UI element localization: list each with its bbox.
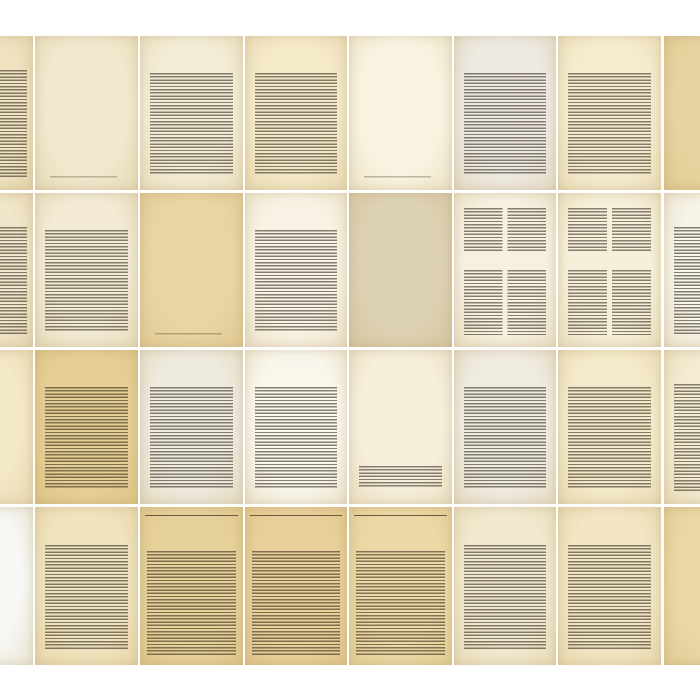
document-page-r3-c4 (349, 507, 452, 665)
document-page-r2-c6 (558, 350, 661, 504)
body-text (0, 70, 27, 178)
journal-masthead (354, 513, 447, 516)
document-page-r1-c4 (349, 193, 452, 347)
document-page-r3-c0 (0, 507, 33, 665)
document-page-r3-c1 (35, 507, 138, 665)
body-text (674, 384, 700, 492)
document-page-r1-c7 (664, 193, 700, 347)
document-page-r2-c4 (349, 350, 452, 504)
document-page-r2-c0 (0, 350, 33, 504)
document-page-r2-c7 (664, 350, 700, 504)
document-page-r0-c2 (140, 36, 243, 190)
body-text (464, 545, 546, 649)
document-page-r1-c2 (140, 193, 243, 347)
document-page-r2-c3 (245, 350, 347, 504)
document-page-r0-c6 (558, 36, 661, 190)
document-page-r0-c1 (35, 36, 138, 190)
document-page-r1-c5 (454, 193, 556, 347)
body-text (568, 387, 650, 489)
body-text (568, 545, 650, 649)
document-page-r3-c7 (664, 507, 700, 665)
document-page-r2-c5 (454, 350, 556, 504)
document-page-r1-c6 (558, 193, 661, 347)
footer-line (364, 176, 431, 178)
body-text (150, 387, 232, 489)
document-page-r3-c5 (454, 507, 556, 665)
body-text (255, 230, 337, 332)
body-text (356, 551, 445, 655)
document-page-r0-c3 (245, 36, 347, 190)
body-text-top (464, 208, 546, 251)
body-text-top (568, 208, 650, 251)
body-text (674, 227, 700, 335)
body-text-bottom (464, 270, 546, 335)
footer-line (155, 333, 222, 335)
body-text (147, 551, 236, 655)
document-page-r1-c1 (35, 193, 138, 347)
footer-line (50, 176, 117, 178)
document-page-r2-c1 (35, 350, 138, 504)
document-page-r1-c0 (0, 193, 33, 347)
document-page-r0-c5 (454, 36, 556, 190)
body-text (45, 387, 127, 489)
document-page-r3-c3 (245, 507, 347, 665)
document-grid (0, 36, 700, 666)
body-text (255, 387, 337, 489)
body-text (0, 227, 27, 335)
document-page-r3-c6 (558, 507, 661, 665)
document-page-r1-c3 (245, 193, 347, 347)
body-text (45, 545, 127, 649)
document-page-r0-c7 (664, 36, 700, 190)
body-text-bottom (568, 270, 650, 335)
footnote-text (359, 466, 441, 488)
body-text (150, 73, 232, 175)
body-text (464, 387, 546, 489)
document-page-r0-c4 (349, 36, 452, 190)
body-text (568, 73, 650, 175)
journal-masthead (250, 513, 342, 516)
body-text (45, 230, 127, 332)
body-text (255, 73, 337, 175)
journal-masthead (145, 513, 238, 516)
document-page-r2-c2 (140, 350, 243, 504)
body-text (464, 73, 546, 175)
document-page-r0-c0 (0, 36, 33, 190)
body-text (252, 551, 340, 655)
document-page-r3-c2 (140, 507, 243, 665)
